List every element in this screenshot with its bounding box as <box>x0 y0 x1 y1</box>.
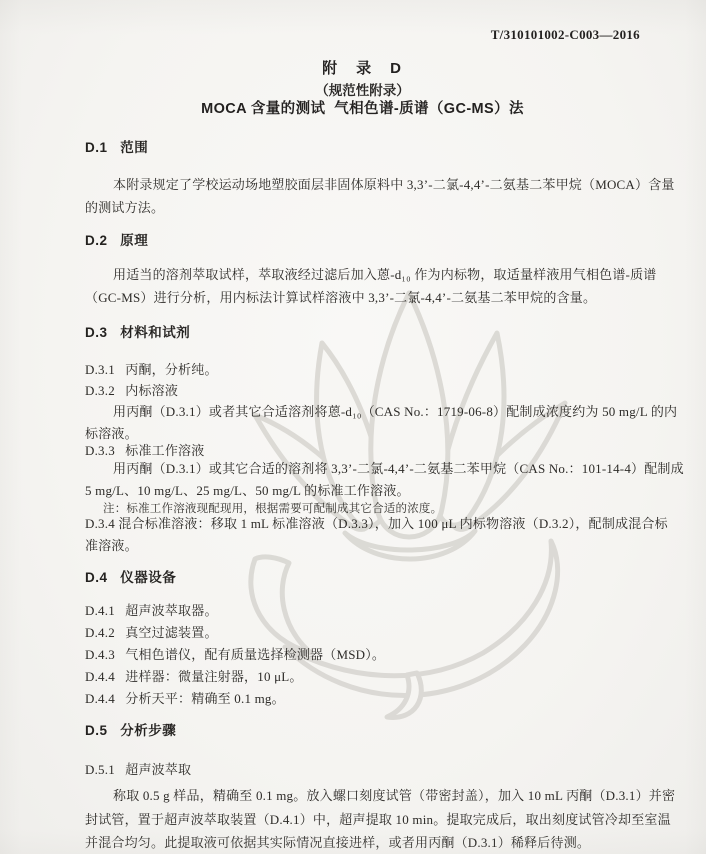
clause-d2-paragraph-line: （GC-MS）进行分析，用内标法计算试样溶液中 3,3’-二氯-4,4’-二氨基… <box>85 289 596 307</box>
appendix-method-title: MOCA 含量的测试 气相色谱-质谱（GC-MS）法 <box>85 97 640 118</box>
appendix-title: 附 录 D <box>85 57 640 78</box>
clause-d32-paragraph-line: 标溶液。 <box>85 425 138 443</box>
clause-d4-item: D.4.3 气相色谱仪，配有质量选择检测器（MSD）。 <box>85 646 385 664</box>
clause-d2-paragraph-line: 用适当的溶剂萃取试样，萃取液经过滤后加入蒽-d₁₀ 作为内标物，取适量样液用气相… <box>113 266 656 284</box>
clause-d34-paragraph-line: 准溶液。 <box>85 537 138 555</box>
document-page: T/310101002-C003—2016 附 录 D （规范性附录） MOCA… <box>0 0 706 854</box>
clause-d4-heading: D.4 仪器设备 <box>85 569 176 587</box>
clause-d1-paragraph-line: 的测试方法。 <box>85 199 164 217</box>
clause-d33-paragraph-line: 5 mg/L、10 mg/L、25 mg/L、50 mg/L 的标准工作溶液。 <box>85 482 410 500</box>
clause-d5-heading: D.5 分析步骤 <box>85 722 176 740</box>
clause-d3-heading: D.3 材料和试剂 <box>85 324 190 342</box>
clause-d51-heading: D.5.1 超声波萃取 <box>85 761 191 779</box>
clause-d51-paragraph-line: 并混合均匀。此提取液可依据其实际情况直接进样，或者用丙酮（D.3.1）稀释后待测… <box>85 834 590 852</box>
clause-d2-heading: D.2 原理 <box>85 232 148 250</box>
appendix-normative-label: （规范性附录） <box>85 79 640 99</box>
clause-d33-paragraph-line: 用丙酮（D.3.1）或其它合适的溶剂将 3,3’-二氯-4,4’-二氨基二苯甲烷… <box>113 460 684 478</box>
clause-d1-paragraph-line: 本附录规定了学校运动场地塑胶面层非固体原料中 3,3’-二氯-4,4’-二氨基二… <box>113 176 675 194</box>
clause-d1-heading: D.1 范围 <box>85 139 148 157</box>
standard-number: T/310101002-C003—2016 <box>491 26 640 44</box>
clause-d31-item: D.3.1 丙酮，分析纯。 <box>85 361 218 379</box>
clause-d33-heading: D.3.3 标准工作溶液 <box>85 442 204 460</box>
clause-d4-item: D.4.2 真空过滤装置。 <box>85 624 218 642</box>
clause-d51-paragraph-line: 封试管，置于超声波萃取装置（D.4.1）中，超声提取 10 min。提取完成后，… <box>85 811 671 829</box>
clause-d4-item: D.4.1 超声波萃取器。 <box>85 602 218 620</box>
clause-d4-item: D.4.4 分析天平：精确至 0.1 mg。 <box>85 690 285 708</box>
clause-d32-paragraph-line: 用丙酮（D.3.1）或者其它合适溶剂将蒽-d₁₀（CAS No.：1719-06… <box>113 403 677 421</box>
clause-d34-paragraph-line: D.3.4 混合标准溶液：移取 1 mL 标准溶液（D.3.3），加入 100 … <box>85 515 668 533</box>
clause-d32-heading: D.3.2 内标溶液 <box>85 382 178 400</box>
clause-d4-item: D.4.4 进样器：微量注射器，10 μL。 <box>85 668 303 686</box>
clause-d51-paragraph-line: 称取 0.5 g 样品，精确至 0.1 mg。放入螺口刻度试管（带密封盖），加入… <box>113 787 675 805</box>
